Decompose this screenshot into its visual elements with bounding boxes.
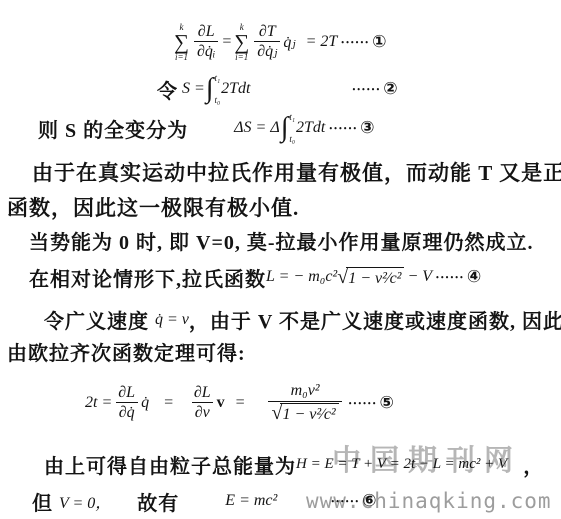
e-equals-mc2: E = mc² [225,492,277,510]
radicand: 1 − v²⁄c² [280,403,338,424]
body-text: 由于在真实运动中拉氏作用量有极值，而动能 T 又是正定 [32,157,561,187]
sigma-icon: ∑ [234,32,249,53]
inline-math-q-equals-v: q̇ = v [155,311,189,329]
delta-S-lhs: ΔS = Δ [234,119,280,137]
fraction-numerator: ∂L [195,23,218,41]
circled-number-3: ③ [360,118,374,138]
circled-number-1: ① [372,32,386,52]
dot-leaders: •••••• [329,124,358,133]
fraction-denominator: ∂q̇ⱼ [254,41,280,61]
2t-lhs: 2t = [85,394,112,412]
square-root: √ 1 − v²⁄c² [337,267,404,288]
body-text: 由欧拉齐次函数定理可得: [7,337,246,366]
equation-3-row: 则 S 的全变分为 ΔS = Δ ∫ t₁ t₀ 2Tdt •••••• ③ [38,108,375,148]
equals-2T: = 2T [306,33,338,51]
velocity-vector-term: v [217,394,225,412]
paragraph-3-line-2: 由欧拉齐次函数定理可得: [7,337,246,366]
therefore-label: 故有 [137,487,179,516]
fraction-numerator: ∂L [191,384,214,402]
paragraph-1-line-2: 函数，因此这一极限有极小值. [7,192,299,222]
journal-watermark-cn: 中国期刊网 [332,438,522,479]
square-root: √ 1 − v²⁄c² [271,403,338,424]
comma: ， [523,450,544,479]
sigma-icon: ∑ [174,32,189,53]
let-label: 令 [157,75,178,104]
relativistic-lagrangian-label: 在相对论情形下,拉氏函数 [29,263,266,292]
equation-5: 2t = ∂L ∂q̇ q̇ = ∂L ∂v v = m₀v² √ 1 − v²… [85,372,394,434]
fraction-dT-dq: ∂T ∂q̇ⱼ [254,23,280,62]
integral: ∫ t₁ t₀ [206,73,220,105]
equation-2: 令 S = ∫ t₁ t₀ 2Tdt •••••• ② [157,68,398,110]
paragraph-2: 当势能为 0 时, 即 V=0, 莫-拉最小作用量原理仍然成立. [29,226,534,255]
integral-icon: ∫ [281,114,289,142]
potential-term: − V [407,268,432,286]
body-text: 当势能为 0 时, 即 V=0, 莫-拉最小作用量原理仍然成立. [29,226,534,255]
integral: ∫ t₁ t₀ [281,112,295,144]
equals-sign: = [221,33,232,51]
integral-limits: t₁ t₀ [214,73,220,105]
summation-symbol: k ∑ i=1 [174,23,189,62]
dot-leaders: •••••• [436,273,465,282]
fraction-denominator: ∂q̇ᵢ [194,41,218,61]
radicand: 1 − v²⁄c² [346,267,404,288]
fraction-numerator: ∂T [256,23,279,41]
summation-symbol: k ∑ i=1 [234,23,249,62]
scanned-paper-page: k ∑ i=1 ∂L ∂q̇ᵢ = k ∑ i=1 ∂T ∂q̇ⱼ q̇ⱼ = … [0,0,561,519]
integral-lower-limit: t₀ [289,134,295,144]
fraction-dL-dv: ∂L ∂v [191,384,214,423]
integrand: 2Tdt [221,80,250,98]
integral-upper-limit: t₁ [214,73,220,83]
equation-1: k ∑ i=1 ∂L ∂q̇ᵢ = k ∑ i=1 ∂T ∂q̇ⱼ q̇ⱼ = … [172,17,387,67]
equals-sign: = [235,394,246,412]
paragraph-3-line-1: 令广义速度 q̇ = v ，由于 V 不是广义速度或速度函数, 因此 [44,305,561,334]
fraction-denominator: ∂q̇ [116,402,138,422]
circled-number-2: ② [383,79,397,99]
integral-upper-limit: t₁ [289,112,295,122]
v-equals-zero: V = 0， [59,490,111,513]
integral-lower-limit: t₀ [214,95,220,105]
paragraph-1-line-1: 由于在真实运动中拉氏作用量有极值，而动能 T 又是正定 [32,157,561,187]
equals-sign: = [163,394,174,412]
equation-4-row: 在相对论情形下,拉氏函数 L = − m₀c² √ 1 − v²⁄c² − V … [29,255,481,299]
dot-leaders: •••••• [341,38,370,47]
integral-icon: ∫ [206,75,214,103]
total-energy-label: 由上可得自由粒子总能量为 [44,450,296,479]
dot-leaders: •••••• [352,85,381,94]
fraction-denominator: ∂v [192,402,213,422]
action-lhs: S = [182,80,205,98]
journal-watermark-url: www.chinaqking.com [306,489,552,513]
but-label: 但 [32,487,53,516]
fraction-numerator: ∂L [115,384,138,402]
lagrangian-lhs: L = − m₀c² [266,268,337,286]
fraction-numerator: m₀v² [288,382,323,400]
body-text: 函数，因此这一极限有极小值. [7,192,299,222]
body-text: 令广义速度 [44,305,149,334]
sum-lower-limit: i=1 [175,53,188,62]
circled-number-5: ⑤ [380,393,394,413]
generalized-velocity-term: q̇ⱼ [283,32,295,52]
circled-number-4: ④ [467,267,481,287]
fraction-dL-dq: ∂L ∂q̇ᵢ [194,23,218,62]
qdot-term: q̇ [141,394,149,412]
fraction-relativistic-momentum: m₀v² √ 1 − v²⁄c² [268,382,341,424]
sum-lower-limit: i=1 [235,53,248,62]
body-text: ，由于 V 不是广义速度或速度函数, 因此 [189,305,561,334]
dot-leaders: •••••• [349,399,378,408]
fraction-dL-dqdot: ∂L ∂q̇ [115,384,138,423]
total-variation-label: 则 S 的全变分为 [38,114,188,143]
integrand: 2Tdt [296,119,325,137]
integral-limits: t₁ t₀ [289,112,295,144]
fraction-denominator: √ 1 − v²⁄c² [268,401,341,424]
